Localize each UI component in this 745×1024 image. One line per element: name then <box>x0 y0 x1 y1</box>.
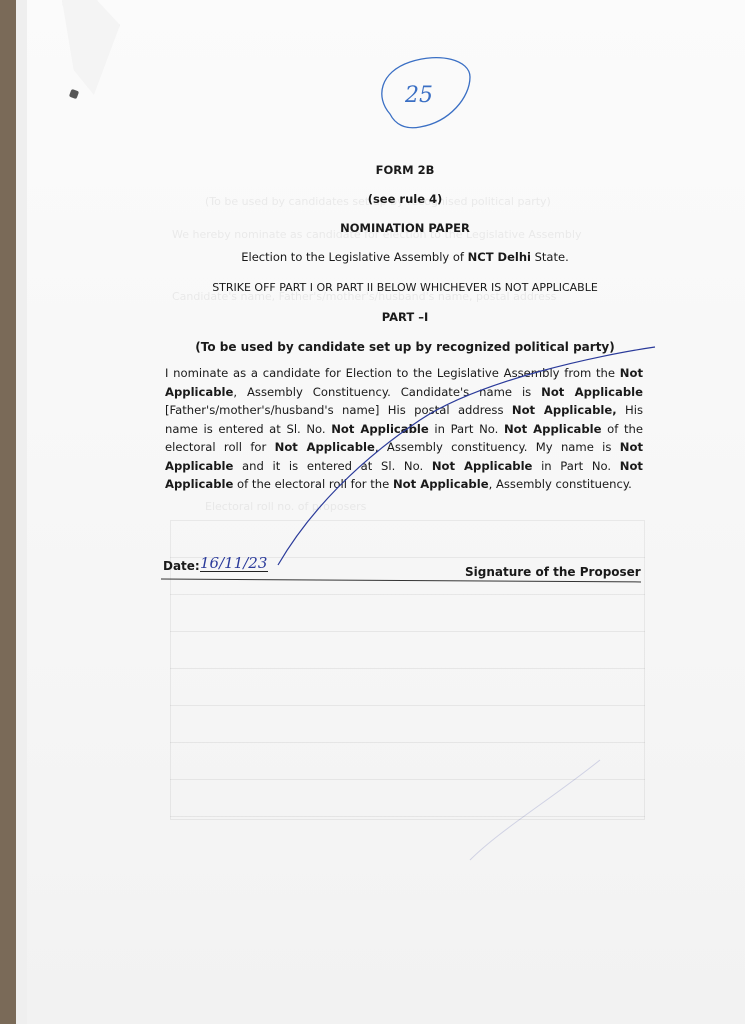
paragraph-text: and it is entered at Sl. No. <box>233 459 431 473</box>
paragraph-text: I nominate as a candidate for Election t… <box>165 366 620 380</box>
filled-value: Not Applicable <box>541 385 643 399</box>
rule-reference: (see rule 4) <box>160 192 650 206</box>
svg-text:25: 25 <box>404 83 433 108</box>
filled-value: Not Applicable, <box>512 403 617 417</box>
filled-value: Not Applicable <box>504 422 602 436</box>
strike-instruction: STRIKE OFF PART I OR PART II BELOW WHICH… <box>160 281 650 294</box>
paragraph-text: [Father's/mother's/husband's name] His p… <box>165 403 512 417</box>
paragraph-text: in Part No. <box>532 459 619 473</box>
part-heading: PART –I <box>160 310 650 324</box>
document-page <box>27 0 745 1024</box>
form-number: FORM 2B <box>160 163 650 177</box>
paragraph-text: , Assembly Constituency. Candidate's nam… <box>233 385 541 399</box>
date-value: 16/11/23 <box>200 555 268 572</box>
paragraph-text: , Assembly constituency. <box>489 477 632 491</box>
paragraph-text: , Assembly constituency. My name is <box>375 440 620 454</box>
election-line: Election to the Legislative Assembly of … <box>160 250 650 264</box>
state-name: NCT Delhi <box>468 250 531 264</box>
document-title: NOMINATION PAPER <box>160 221 650 235</box>
nomination-paragraph: I nominate as a candidate for Election t… <box>165 364 643 494</box>
election-prefix: Election to the Legislative Assembly of <box>241 250 467 264</box>
show-through-text: Electoral roll no. of proposers <box>205 500 366 513</box>
page-number-stamp: 25 <box>370 52 475 132</box>
filled-value: Not Applicable <box>275 440 375 454</box>
part-subtitle: (To be used by candidate set up by recog… <box>160 340 650 354</box>
paragraph-text: in Part No. <box>429 422 504 436</box>
paragraph-text: of the electoral roll for the <box>233 477 393 491</box>
filled-value: Not Applicable <box>331 422 429 436</box>
election-suffix: State. <box>531 250 569 264</box>
filled-value: Not Applicable <box>393 477 489 491</box>
filled-value: Not Applicable <box>432 459 533 473</box>
date-label: Date: <box>163 559 200 573</box>
signature-label: Signature of the Proposer <box>465 565 641 579</box>
